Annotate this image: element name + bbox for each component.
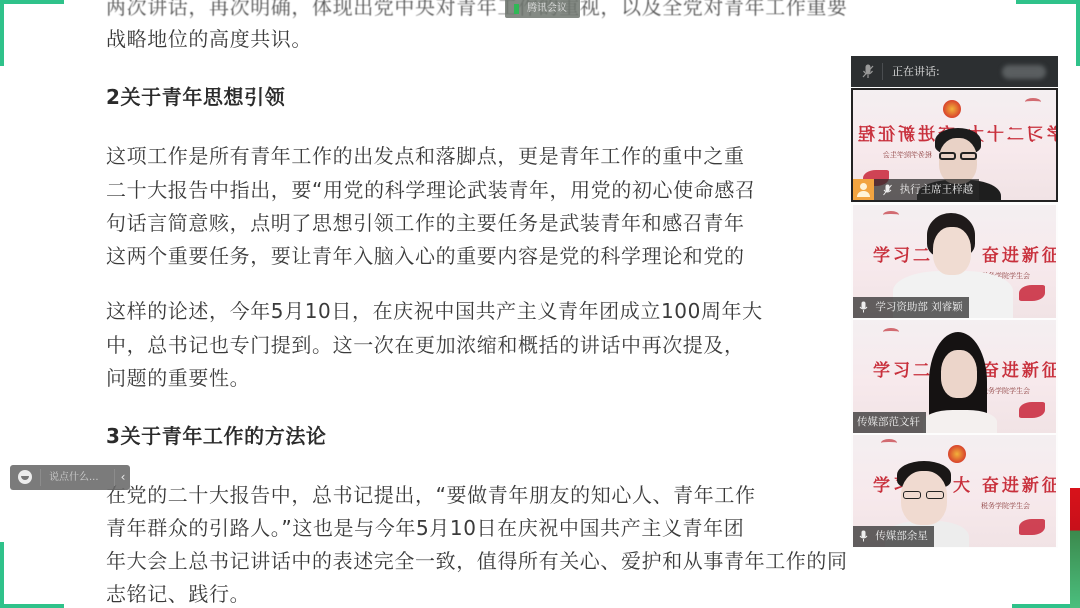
host-avatar-icon <box>853 179 874 200</box>
video-tile[interactable]: 学习二十大 奋进新征程 税务学院学生会 传媒部余星 <box>853 435 1056 547</box>
video-tile[interactable]: 学习二十大 奋进新征程 税务学院学生会 传媒部范文轩 <box>853 320 1056 433</box>
bird-decoration <box>1025 98 1041 106</box>
article-line: 问题的重要性。 <box>106 363 250 393</box>
participant-name-bar: 传媒部范文轩 <box>853 412 926 433</box>
participant-name-bar: 传媒部余星 <box>853 526 934 547</box>
frame-corner-bottom-left-v <box>0 542 4 608</box>
participant-name: 传媒部范文轩 <box>857 416 920 428</box>
participant-name-bar: 学习资助部 刘睿颖 <box>853 297 969 318</box>
article-line: 年大会上总书记讲话中的表述完全一致，值得所有关心、爱护和从事青年工作的同 <box>106 546 848 576</box>
microphone-icon <box>883 184 892 196</box>
article-line: 在党的二十大报告中，总书记提出，“要做青年朋友的知心人、青年工作 <box>106 480 756 510</box>
frame-corner-top-right-h <box>1016 0 1080 4</box>
emoji-icon[interactable] <box>18 470 32 484</box>
meeting-logo-icon <box>514 4 519 14</box>
article-line: 青年群众的引路人。”这也是与今年5月10日在庆祝中国共产主义青年团 <box>106 513 744 543</box>
article-line: 战略地位的高度共识。 <box>106 24 312 54</box>
article-line: 志铭记、践行。 <box>106 579 250 608</box>
section-heading: 3关于青年工作的方法论 <box>106 421 327 451</box>
meeting-app-tag[interactable]: 腾讯会议 <box>505 0 580 18</box>
frame-corner-bottom-left-h <box>0 604 64 608</box>
microphone-icon <box>859 301 868 313</box>
article-line: 这样的论述，今年5月10日，在庆祝中国共产主义青年团成立100周年大 <box>106 296 763 326</box>
bird-decoration <box>883 328 899 336</box>
header-divider <box>882 63 883 80</box>
org-caption: 税务学院学生会 <box>981 501 1030 511</box>
league-emblem-icon <box>948 445 966 463</box>
divider <box>114 469 115 486</box>
video-panel: 正在讲话: 学习二十大 奋进新征程 税务学院学生会 执行主席王梓越 学习二十大 … <box>851 56 1058 548</box>
org-caption: 税务学院学生会 <box>883 150 932 160</box>
comment-input-bar[interactable]: 说点什么... ‹ <box>10 465 130 490</box>
participant-name-bar: 执行主席王梓越 <box>853 179 979 200</box>
participant-name: 传媒部余星 <box>875 530 928 542</box>
frame-corner-top-left-h <box>0 0 64 4</box>
video-tile-speaker[interactable]: 学习二十大 奋进新征程 税务学院学生会 执行主席王梓越 <box>851 88 1058 202</box>
article-line: 这项工作是所有青年工作的出发点和落脚点，更是青年工作的重中之重 <box>106 141 745 171</box>
participant-name: 学习资助部 刘睿颖 <box>875 301 962 313</box>
ribbon-decoration <box>1019 285 1045 301</box>
collapse-chevron-icon[interactable]: ‹ <box>117 465 129 490</box>
video-panel-header: 正在讲话: <box>851 56 1058 87</box>
bird-decoration <box>881 439 897 447</box>
bird-decoration <box>883 211 899 219</box>
ribbon-decoration <box>1019 519 1045 535</box>
org-caption: 税务学院学生会 <box>981 386 1030 396</box>
frame-corner-top-left-v <box>0 0 4 66</box>
video-tile[interactable]: 学习二十大 奋进新征程 税务学院学生会 学习资助部 刘睿颖 <box>853 205 1056 318</box>
comment-input[interactable]: 说点什么... <box>49 465 99 490</box>
section-heading: 2关于青年思想引领 <box>106 82 285 112</box>
divider <box>40 469 41 486</box>
league-emblem-icon <box>943 100 961 118</box>
ribbon-decoration <box>1019 402 1045 418</box>
article-line: 句话言简意赅，点明了思想引领工作的主要任务是武装青年和感召青年 <box>106 208 745 238</box>
article-line: 二十大报告中指出，要“用党的科学理论武装青年，用党的初心使命感召 <box>106 175 756 205</box>
background-decoration <box>1070 488 1080 608</box>
meeting-app-label: 腾讯会议 <box>527 3 567 14</box>
speaking-label: 正在讲话: <box>892 56 940 87</box>
microphone-icon <box>859 530 868 542</box>
participant-name: 执行主席王梓越 <box>900 184 974 196</box>
article-line: 这两个重要任务，要让青年入脑入心的重要内容是党的科学理论和党的 <box>106 241 745 271</box>
blurred-speaker-name <box>1002 65 1046 79</box>
article-line: 两次讲话，再次明确，体现出党中央对青年工作的重视，以及全党对青年工作重要 <box>106 0 848 22</box>
frame-corner-top-right-v <box>1076 0 1080 66</box>
microphone-muted-icon <box>862 64 874 79</box>
article-line: 中，总书记也专门提到。这一次在更加浓缩和概括的讲话中再次提及， <box>106 330 745 360</box>
